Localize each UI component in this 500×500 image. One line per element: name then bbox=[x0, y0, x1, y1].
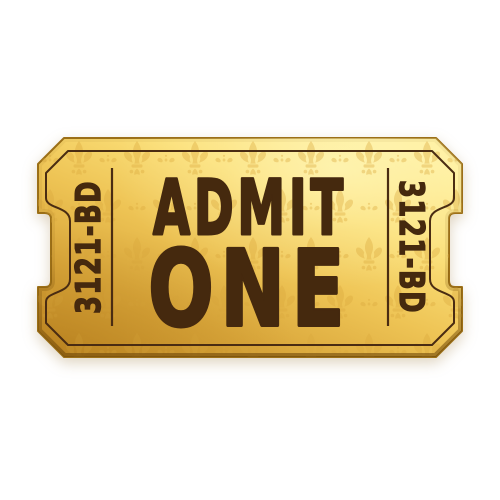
serial-right: 3121-BD bbox=[391, 180, 431, 314]
one-text: ONE bbox=[149, 228, 352, 350]
admit-one-ticket: 3121-BD 3121-BD ADMIT ONE bbox=[0, 0, 500, 500]
serial-left: 3121-BD bbox=[69, 180, 109, 314]
ticket-illustration: 3121-BD 3121-BD ADMIT ONE bbox=[0, 0, 500, 500]
